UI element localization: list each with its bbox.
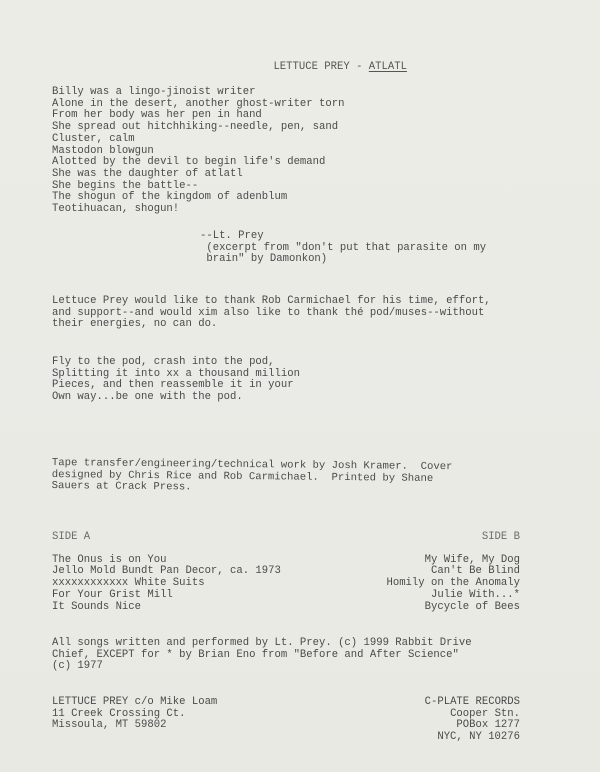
side-b-track: Bycycle of Bees bbox=[386, 602, 520, 614]
side-a-heading: SIDE A bbox=[52, 532, 281, 544]
poem-line: Teotihuacan, shogun! bbox=[52, 204, 344, 216]
address-line: NYC, NY 10276 bbox=[425, 732, 520, 744]
pod-verse-line: Own way...be one with the pod. bbox=[52, 392, 300, 404]
poem-line: Billy was a lingo-jinoist writer bbox=[52, 87, 344, 99]
poem-line: She was the daughter of atlatl bbox=[52, 169, 344, 181]
thanks-line: their energies, no can do. bbox=[52, 319, 491, 331]
typewritten-page: LETTUCE PREY - ATLATL Billy was a lingo-… bbox=[0, 0, 600, 772]
page-title: LETTUCE PREY - ATLATL bbox=[248, 49, 407, 85]
production-credits: Tape transfer/engineering/technical work… bbox=[52, 458, 453, 497]
copyright-line: All songs written and performed by Lt. P… bbox=[52, 638, 472, 650]
title-artist: LETTUCE PREY - bbox=[273, 61, 368, 73]
title-album: ATLATL bbox=[369, 61, 407, 73]
side-b-track: Julie With...* bbox=[386, 590, 520, 602]
side-a: SIDE A The Onus is on You Jello Mold Bun… bbox=[52, 532, 281, 613]
band-address: LETTUCE PREY c/o Mike Loam 11 Creek Cros… bbox=[52, 697, 217, 732]
side-b-heading: SIDE B bbox=[386, 532, 520, 544]
side-b: SIDE B My Wife, My Dog Can't Be Blind Ho… bbox=[386, 532, 520, 613]
pod-verse: Fly to the pod, crash into the pod, Spli… bbox=[52, 357, 300, 404]
attribution-line: --Lt. Prey bbox=[200, 231, 486, 243]
label-address: C-PLATE RECORDS Cooper Stn. POBox 1277 N… bbox=[425, 697, 520, 744]
poem-attribution: --Lt. Prey (excerpt from "don't put that… bbox=[200, 231, 486, 266]
copyright-line: (c) 1977 bbox=[52, 661, 472, 673]
poem-line: Cluster, calm bbox=[52, 134, 344, 146]
thanks-line: Lettuce Prey would like to thank Rob Car… bbox=[52, 296, 491, 308]
pod-verse-line: Fly to the pod, crash into the pod, bbox=[52, 357, 300, 369]
attribution-line: brain" by Damonkon) bbox=[200, 254, 486, 266]
address-line: Missoula, MT 59802 bbox=[52, 720, 217, 732]
side-a-track: For Your Grist Mill bbox=[52, 590, 281, 602]
address-line: LETTUCE PREY c/o Mike Loam bbox=[52, 697, 217, 709]
thanks-paragraph: Lettuce Prey would like to thank Rob Car… bbox=[52, 296, 491, 331]
copyright-notice: All songs written and performed by Lt. P… bbox=[52, 638, 472, 673]
poem: Billy was a lingo-jinoist writer Alone i… bbox=[52, 87, 344, 216]
address-line: C-PLATE RECORDS bbox=[425, 697, 520, 709]
copyright-line: Chief, EXCEPT for * by Brian Eno from "B… bbox=[52, 650, 472, 662]
side-a-track: It Sounds Nice bbox=[52, 602, 281, 614]
